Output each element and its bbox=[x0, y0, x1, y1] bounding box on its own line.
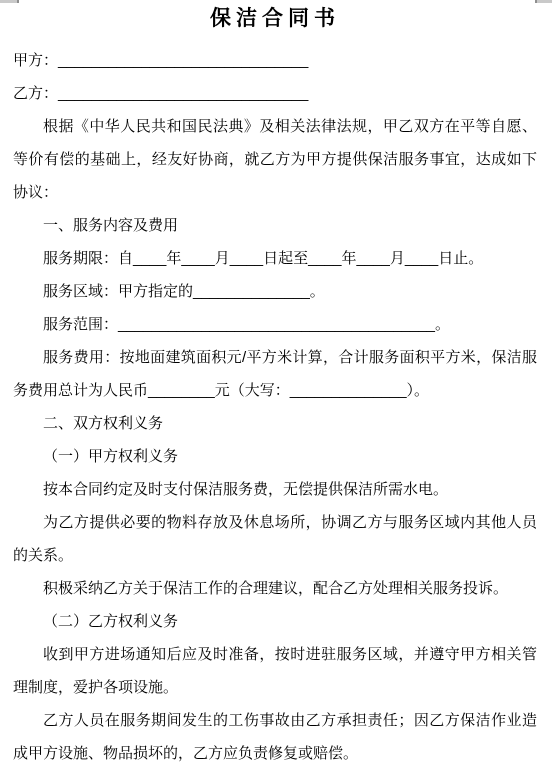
service-scope-blank-field: ______________________________________ bbox=[118, 316, 435, 333]
service-fee-paragraph: 服务费用：按地面建筑面积元/平方米计算，合计服务面积平方米，保洁服务费用总计为人… bbox=[13, 341, 537, 407]
party-a-line: 甲方：______________________________ bbox=[13, 44, 537, 77]
section2-sub1-heading: （一）甲方权利义务 bbox=[13, 440, 537, 473]
contract-document: 保洁合同书 甲方：______________________________ … bbox=[0, 0, 552, 770]
section2-heading: 二、双方权利义务 bbox=[13, 407, 537, 440]
document-title: 保洁合同书 bbox=[13, 4, 537, 34]
service-scope-line: 服务范围：___________________________________… bbox=[13, 308, 537, 341]
service-scope-label: 服务范围： bbox=[43, 316, 118, 333]
section1-heading: 一、服务内容及费用 bbox=[13, 209, 537, 242]
service-term-line: 服务期限：自____年____月____日起至____年____月____日止。 bbox=[13, 242, 537, 275]
service-area-line: 服务区域：甲方指定的______________。 bbox=[13, 275, 537, 308]
intro-paragraph: 根据《中华人民共和国民法典》及相关法律法规，甲乙双方在平等自愿、等价有偿的基础上… bbox=[13, 110, 537, 209]
party-b-line: 乙方：______________________________ bbox=[13, 77, 537, 110]
section2-sub2-heading: （二）乙方权利义务 bbox=[13, 605, 537, 638]
party-a-obligation-item: 按本合同约定及时支付保洁服务费，无偿提供保洁所需水电。 bbox=[13, 473, 537, 506]
party-b-blank-field: ______________________________ bbox=[58, 85, 308, 102]
party-a-obligation-item: 为乙方提供必要的物料存放及休息场所，协调乙方与服务区域内其他人员的关系。 bbox=[13, 506, 537, 572]
party-b-obligation-item: 乙方人员在服务期间发生的工伤事故由乙方承担责任；因乙方保洁作业造成甲方设施、物品… bbox=[13, 704, 537, 770]
party-a-blank-field: ______________________________ bbox=[58, 52, 308, 69]
service-scope-period: 。 bbox=[435, 316, 450, 333]
party-b-obligation-item: 收到甲方进场通知后应及时准备，按时进驻服务区域，并遵守甲方相关管理制度，爱护各项… bbox=[13, 638, 537, 704]
window-chrome-fragment-left bbox=[0, 0, 19, 3]
window-chrome-fragment-right bbox=[535, 0, 552, 3]
party-a-label: 甲方： bbox=[13, 52, 58, 69]
party-a-obligation-item: 积极采纳乙方关于保洁工作的合理建议，配合乙方处理相关服务投诉。 bbox=[13, 572, 537, 605]
party-b-label: 乙方： bbox=[13, 85, 58, 102]
